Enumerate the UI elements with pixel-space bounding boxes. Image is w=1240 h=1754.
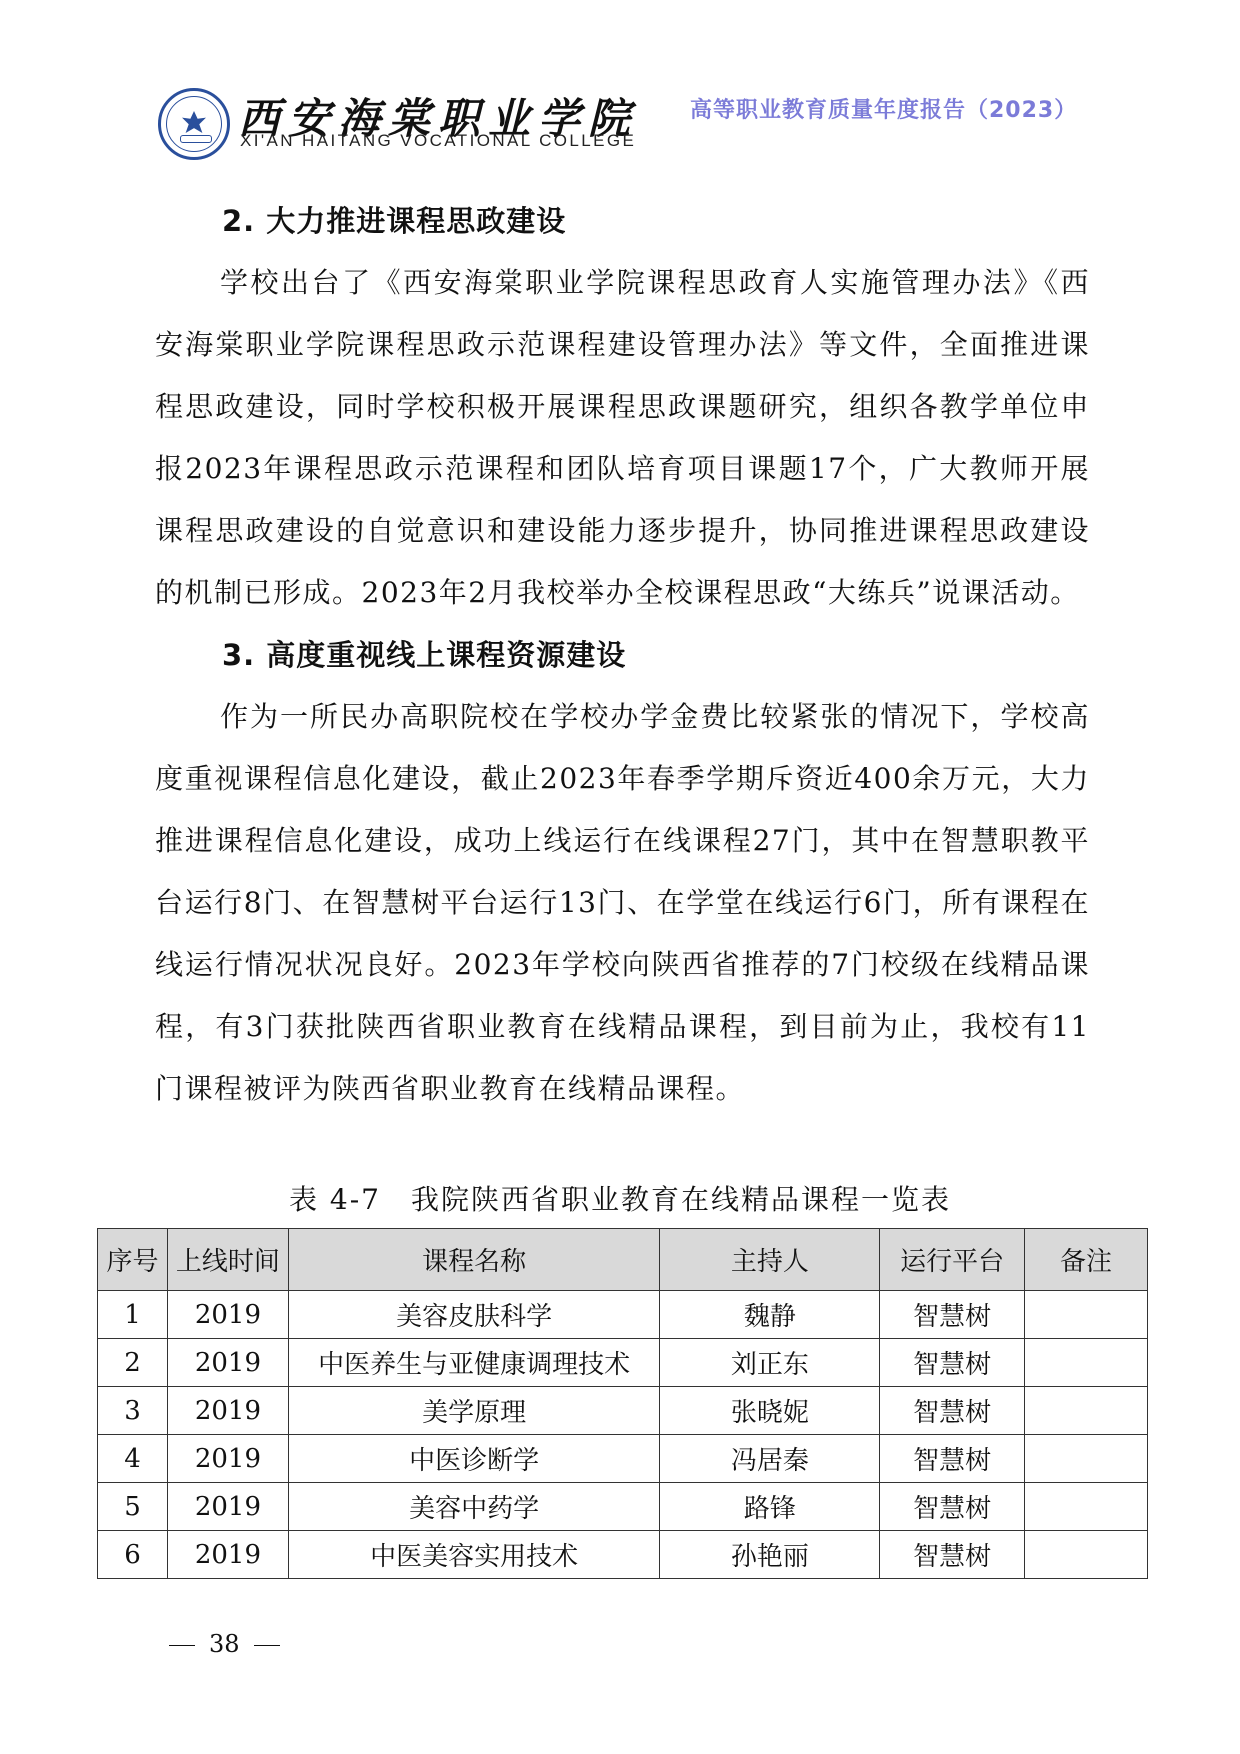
seal-band-icon <box>180 135 212 143</box>
dash-right <box>254 1645 280 1646</box>
table-header-row: 序号 上线时间 课程名称 主持人 运行平台 备注 <box>98 1229 1148 1291</box>
column-header-course-name: 课程名称 <box>288 1229 660 1291</box>
cell-host: 冯居秦 <box>660 1435 880 1483</box>
cell-index: 6 <box>98 1531 168 1579</box>
cell-launch-year: 2019 <box>167 1339 288 1387</box>
table-caption: 表 4-7 我院陕西省职业教育在线精品课程一览表 <box>0 1178 1240 1218</box>
cell-host: 孙艳丽 <box>660 1531 880 1579</box>
cell-notes <box>1025 1387 1148 1435</box>
cell-index: 1 <box>98 1291 168 1339</box>
table-row: 6 2019 中医美容实用技术 孙艳丽 智慧树 <box>98 1531 1148 1579</box>
cell-course-name: 美学原理 <box>288 1387 660 1435</box>
section-paragraph-online-resources: 作为一所民办高职院校在学校办学金费比较紧张的情况下，学校高度重视课程信息化建设，… <box>155 686 1090 1120</box>
dash-left <box>169 1645 195 1646</box>
section-heading-course-ideology: 2. 大力推进课程思政建设 <box>222 190 1090 252</box>
document-body: 2. 大力推进课程思政建设 学校出台了《西安海棠职业学院课程思政育人实施管理办法… <box>155 190 1090 1120</box>
cell-index: 3 <box>98 1387 168 1435</box>
cell-platform: 智慧树 <box>880 1435 1025 1483</box>
cell-host: 刘正东 <box>660 1339 880 1387</box>
cell-platform: 智慧树 <box>880 1339 1025 1387</box>
page-number: 38 <box>209 1630 240 1658</box>
cell-index: 4 <box>98 1435 168 1483</box>
section-heading-online-resources: 3. 高度重视线上课程资源建设 <box>222 624 1090 686</box>
college-seal-icon <box>158 88 230 160</box>
table-row: 5 2019 美容中药学 路锋 智慧树 <box>98 1483 1148 1531</box>
cell-course-name: 中医诊断学 <box>288 1435 660 1483</box>
cell-launch-year: 2019 <box>167 1387 288 1435</box>
column-header-host: 主持人 <box>660 1229 880 1291</box>
table-row: 4 2019 中医诊断学 冯居秦 智慧树 <box>98 1435 1148 1483</box>
college-name-en: XI'AN HAITANG VOCATIONAL COLLEGE <box>240 131 636 151</box>
cell-course-name: 中医养生与亚健康调理技术 <box>288 1339 660 1387</box>
table-row: 2 2019 中医养生与亚健康调理技术 刘正东 智慧树 <box>98 1339 1148 1387</box>
table-row: 3 2019 美学原理 张晓妮 智慧树 <box>98 1387 1148 1435</box>
table-row: 1 2019 美容皮肤科学 魏静 智慧树 <box>98 1291 1148 1339</box>
cell-host: 路锋 <box>660 1483 880 1531</box>
cell-host: 魏静 <box>660 1291 880 1339</box>
cell-platform: 智慧树 <box>880 1387 1025 1435</box>
cell-index: 2 <box>98 1339 168 1387</box>
cell-launch-year: 2019 <box>167 1483 288 1531</box>
cell-notes <box>1025 1483 1148 1531</box>
cell-launch-year: 2019 <box>167 1531 288 1579</box>
column-header-notes: 备注 <box>1025 1229 1148 1291</box>
page-footer: 38 <box>155 1630 294 1658</box>
cell-index: 5 <box>98 1483 168 1531</box>
column-header-platform: 运行平台 <box>880 1229 1025 1291</box>
cell-course-name: 美容中药学 <box>288 1483 660 1531</box>
cell-notes <box>1025 1339 1148 1387</box>
leaf-emblem-icon <box>182 111 206 133</box>
column-header-launch-year: 上线时间 <box>167 1229 288 1291</box>
cell-platform: 智慧树 <box>880 1531 1025 1579</box>
report-title: 高等职业教育质量年度报告（2023） <box>690 93 1077 124</box>
cell-launch-year: 2019 <box>167 1291 288 1339</box>
cell-host: 张晓妮 <box>660 1387 880 1435</box>
cell-notes <box>1025 1291 1148 1339</box>
courses-table: 序号 上线时间 课程名称 主持人 运行平台 备注 1 2019 美容皮肤科学 魏… <box>97 1228 1148 1579</box>
cell-notes <box>1025 1435 1148 1483</box>
cell-notes <box>1025 1531 1148 1579</box>
section-paragraph-course-ideology: 学校出台了《西安海棠职业学院课程思政育人实施管理办法》《西安海棠职业学院课程思政… <box>155 252 1090 624</box>
cell-launch-year: 2019 <box>167 1435 288 1483</box>
column-header-index: 序号 <box>98 1229 168 1291</box>
cell-course-name: 中医美容实用技术 <box>288 1531 660 1579</box>
cell-platform: 智慧树 <box>880 1483 1025 1531</box>
cell-course-name: 美容皮肤科学 <box>288 1291 660 1339</box>
page-header: 西安海棠职业学院 XI'AN HAITANG VOCATIONAL COLLEG… <box>0 0 1240 160</box>
cell-platform: 智慧树 <box>880 1291 1025 1339</box>
